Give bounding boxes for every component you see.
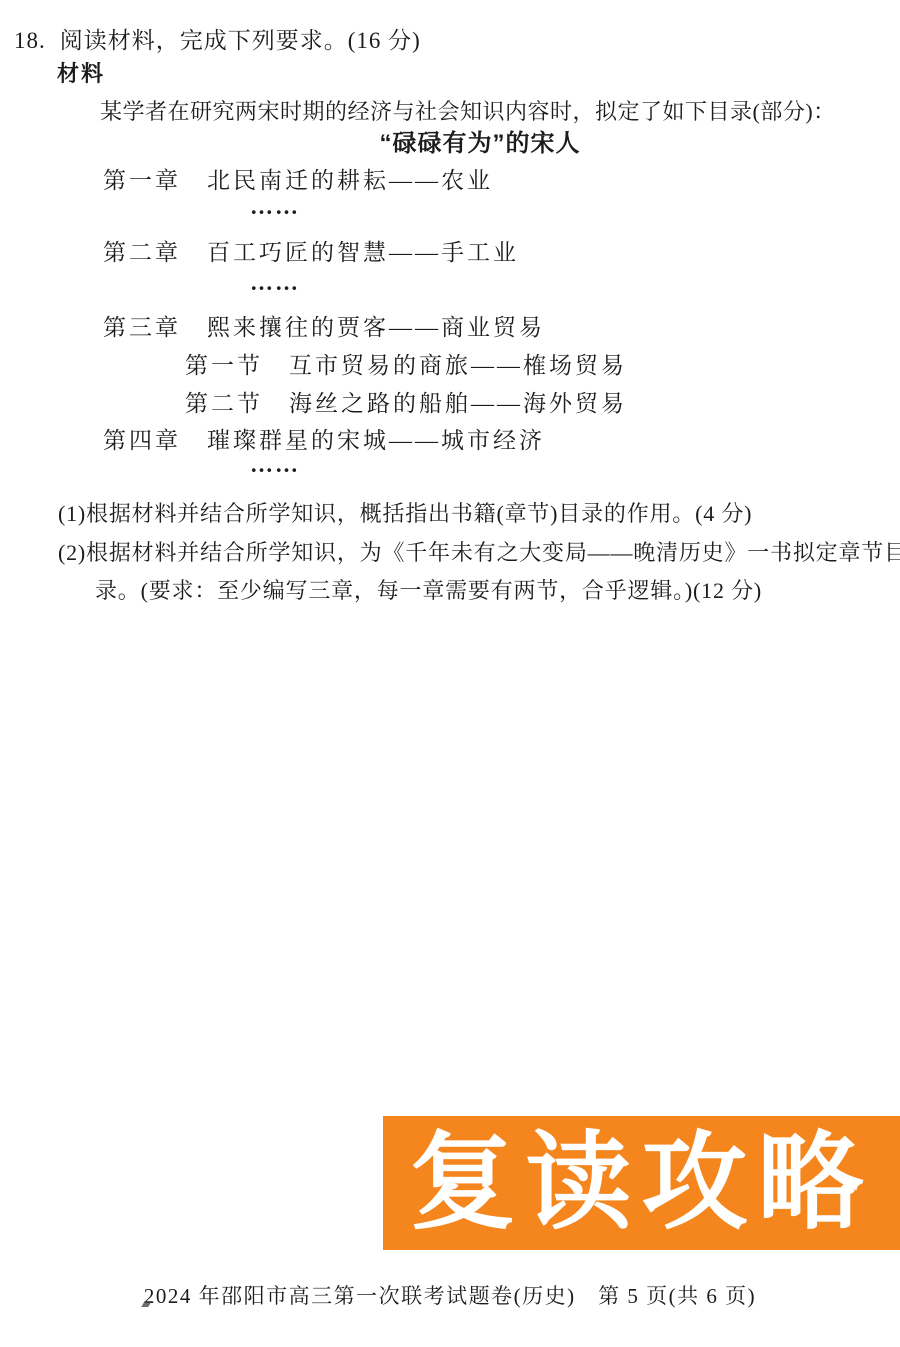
toc-section-label: 第一节 [185, 351, 263, 381]
subquestion-1: (1)根据材料并结合所学知识，概括指出书籍(章节)目录的作用。(4 分) [58, 499, 752, 529]
toc-row-section-1: 第一节互市贸易的商旅——榷场贸易 [185, 351, 627, 381]
toc-section-label: 第二节 [185, 389, 263, 419]
watermark-banner: 复读攻略 [383, 1116, 900, 1250]
toc-chapter-label: 第四章 [103, 426, 181, 456]
toc-section-title: 海丝之路的船舶——海外贸易 [289, 391, 627, 416]
question-number: 18. [14, 26, 46, 56]
toc-title: “碌碌有为”的宋人 [100, 129, 860, 159]
toc-chapter-label: 第三章 [103, 313, 181, 343]
toc-section-title: 互市贸易的商旅——榷场贸易 [289, 353, 627, 378]
material-label: 材料 [57, 59, 105, 89]
watermark-text: 复读攻略 [410, 1124, 874, 1242]
toc-chapter-title: 百工巧匠的智慧——手工业 [207, 240, 519, 265]
toc-ellipsis-1: …… [250, 192, 300, 222]
question-prompt: 阅读材料，完成下列要求。(16 分) [60, 26, 421, 56]
toc-chapter-label: 第二章 [103, 238, 181, 268]
toc-chapter-title: 北民南迁的耕耘——农业 [207, 168, 493, 193]
material-intro: 某学者在研究两宋时期的经济与社会知识内容时，拟定了如下目录(部分)： [100, 97, 836, 127]
toc-ellipsis-2: …… [250, 268, 300, 298]
page-footer: 2024 年邵阳市高三第一次联考试题卷(历史) 第 5 页(共 6 页) [0, 1281, 900, 1311]
question-18-heading: 18. 阅读材料，完成下列要求。(16 分) [14, 26, 421, 56]
toc-row-chapter-3: 第三章熙来攘往的贾客——商业贸易 [103, 313, 545, 343]
toc-row-chapter-2: 第二章百工巧匠的智慧——手工业 [103, 238, 519, 268]
subquestion-2-line-1: (2)根据材料并结合所学知识，为《千年未有之大变局——晚清历史》一书拟定章节目 [58, 538, 900, 568]
subquestion-2-line-2: 录。(要求：至少编写三章，每一章需要有两节，合乎逻辑。)(12 分) [95, 576, 762, 606]
exam-page: 18. 阅读材料，完成下列要求。(16 分) 材料 某学者在研究两宋时期的经济与… [0, 0, 900, 1347]
toc-ellipsis-3: …… [250, 450, 300, 480]
toc-chapter-label: 第一章 [103, 166, 181, 196]
toc-chapter-title: 熙来攘往的贾客——商业贸易 [207, 315, 545, 340]
toc-row-chapter-4: 第四章璀璨群星的宋城——城市经济 [103, 426, 545, 456]
toc-row-section-2: 第二节海丝之路的船舶——海外贸易 [185, 389, 627, 419]
